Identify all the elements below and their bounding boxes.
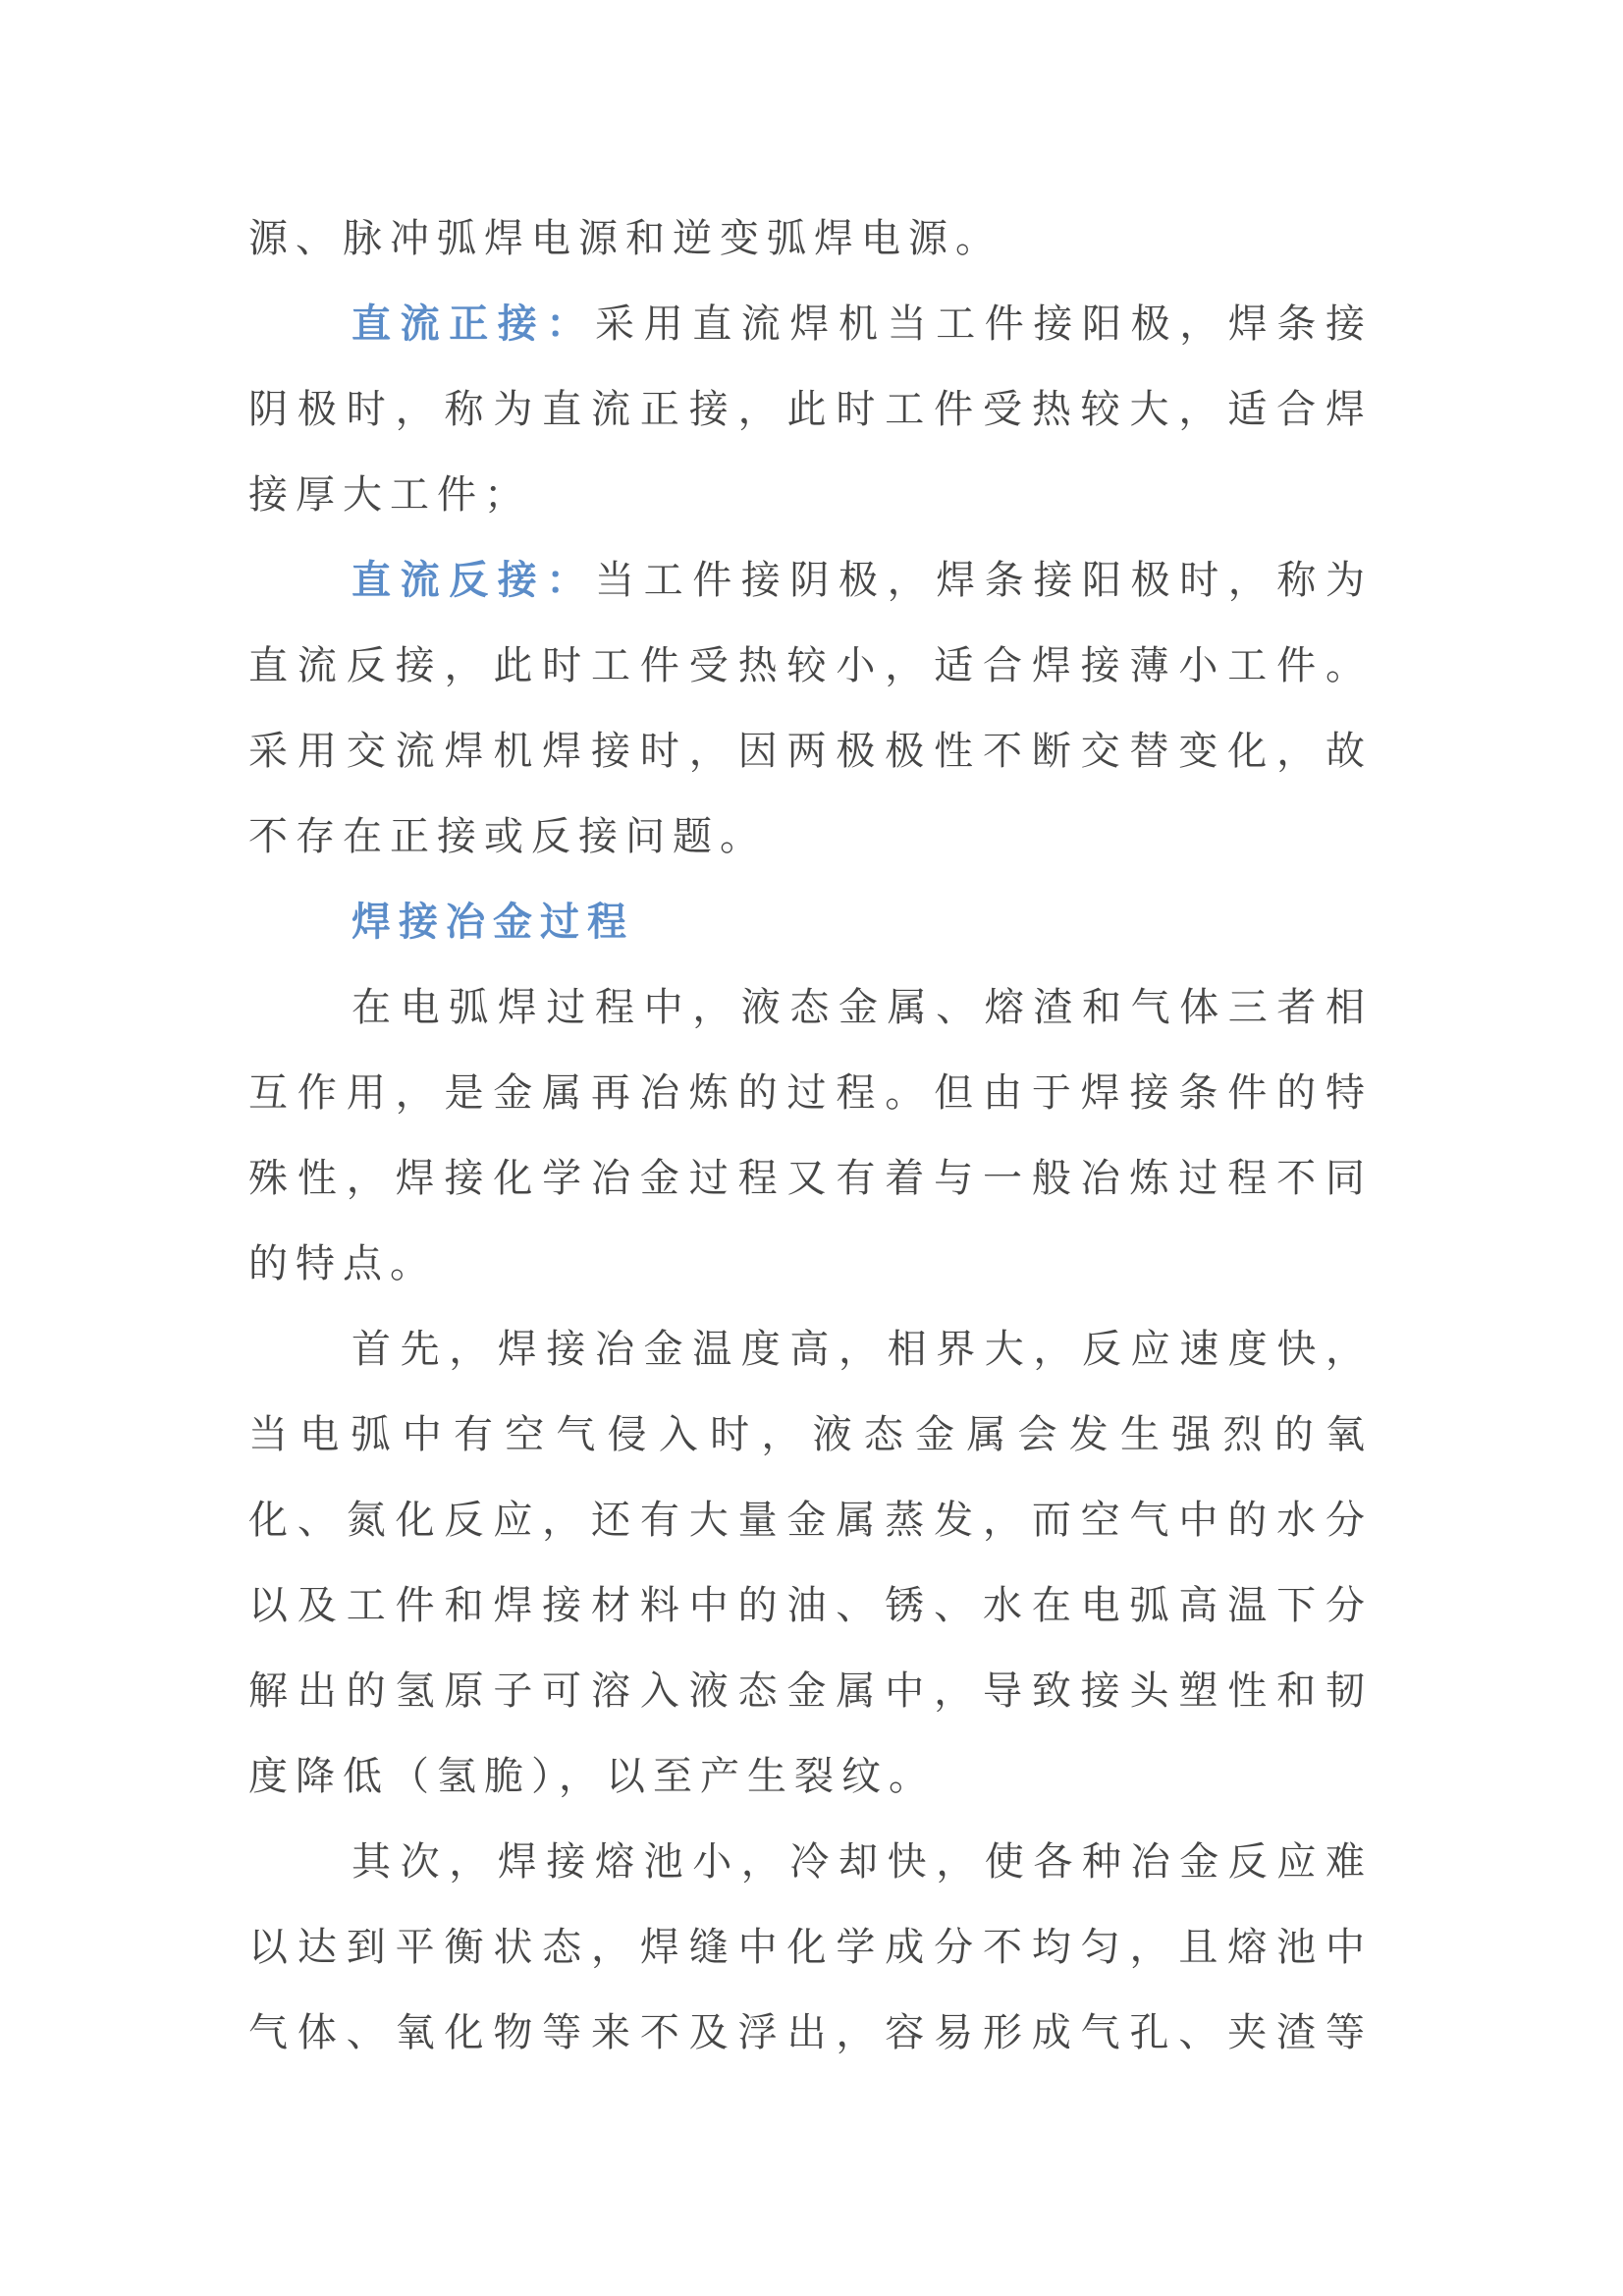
text-run: 直流反接，此时工件受热较小，适合焊接薄小工件。 [248,643,1373,687]
text-run: 采用交流焊机焊接时，因两极极性不断交替变化，故 [248,729,1373,773]
text-line: 殊性，焊接化学冶金过程又有着与一般冶炼过程不同 [248,1135,1373,1221]
text-line: 直流反接，此时工件受热较小，适合焊接薄小工件。 [248,623,1373,708]
section-heading: 焊接冶金过程 [248,879,1373,964]
text-line: 采用交流焊机焊接时，因两极极性不断交替变化，故 [248,708,1373,793]
text-line: 其次，焊接熔池小，冷却快，使各种冶金反应难 [248,1819,1373,1904]
accent-text-run: 直流反接： [352,558,595,602]
text-run: 阴极时，称为直流正接，此时工件受热较大，适合焊 [248,387,1373,431]
text-line: 源、脉冲弧焊电源和逆变弧焊电源。 [248,195,1373,281]
text-run: 其次，焊接熔池小，冷却快，使各种冶金反应难 [352,1839,1373,1884]
text-line: 在电弧焊过程中，液态金属、熔渣和气体三者相 [248,964,1373,1050]
document-page: 源、脉冲弧焊电源和逆变弧焊电源。直流正接：采用直流焊机当工件接阳极，焊条接阴极时… [0,0,1623,2296]
text-run: 以达到平衡状态，焊缝中化学成分不均匀，且熔池中 [248,1925,1373,1969]
text-run: 气体、氧化物等来不及浮出，容易形成气孔、夹渣等 [248,2010,1373,2054]
text-run: 度降低（氢脆），以至产生裂纹。 [248,1754,936,1798]
text-run: 的特点。 [248,1241,437,1285]
accent-text-run: 焊接冶金过程 [352,900,634,944]
text-line: 互作用，是金属再冶炼的过程。但由于焊接条件的特 [248,1050,1373,1135]
text-line: 直流正接：采用直流焊机当工件接阳极，焊条接 [248,281,1373,366]
text-line: 以及工件和焊接材料中的油、锈、水在电弧高温下分 [248,1562,1373,1648]
text-run: 当工件接阴极，焊条接阳极时，称为 [595,558,1373,602]
text-run: 解出的氢原子可溶入液态金属中，导致接头塑性和韧 [248,1668,1373,1713]
text-line: 阴极时，称为直流正接，此时工件受热较大，适合焊 [248,366,1373,452]
document-body: 源、脉冲弧焊电源和逆变弧焊电源。直流正接：采用直流焊机当工件接阳极，焊条接阴极时… [248,195,1373,2075]
accent-text-run: 直流正接： [352,301,595,346]
text-run: 殊性，焊接化学冶金过程又有着与一般冶炼过程不同 [248,1156,1373,1200]
text-run: 在电弧焊过程中，液态金属、熔渣和气体三者相 [352,985,1373,1029]
text-line: 解出的氢原子可溶入液态金属中，导致接头塑性和韧 [248,1648,1373,1733]
text-line: 以达到平衡状态，焊缝中化学成分不均匀，且熔池中 [248,1904,1373,1990]
text-line: 不存在正接或反接问题。 [248,793,1373,879]
text-run: 首先，焊接冶金温度高，相界大，反应速度快， [352,1327,1373,1371]
text-run: 不存在正接或反接问题。 [248,814,767,858]
text-run: 以及工件和焊接材料中的油、锈、水在电弧高温下分 [248,1583,1373,1627]
text-line: 接厚大工件； [248,452,1373,537]
text-run: 化、氮化反应，还有大量金属蒸发，而空气中的水分 [248,1498,1373,1542]
text-line: 直流反接：当工件接阴极，焊条接阳极时，称为 [248,537,1373,623]
text-line: 当电弧中有空气侵入时，液态金属会发生强烈的氧 [248,1392,1373,1477]
text-run: 互作用，是金属再冶炼的过程。但由于焊接条件的特 [248,1070,1373,1115]
text-run: 接厚大工件； [248,472,531,517]
text-line: 化、氮化反应，还有大量金属蒸发，而空气中的水分 [248,1477,1373,1562]
text-run: 源、脉冲弧焊电源和逆变弧焊电源。 [248,216,1002,260]
text-line: 度降低（氢脆），以至产生裂纹。 [248,1733,1373,1819]
text-run: 当电弧中有空气侵入时，液态金属会发生强烈的氧 [248,1412,1373,1456]
text-line: 首先，焊接冶金温度高，相界大，反应速度快， [248,1306,1373,1392]
text-run: 采用直流焊机当工件接阳极，焊条接 [595,301,1373,346]
text-line: 的特点。 [248,1221,1373,1306]
text-line: 气体、氧化物等来不及浮出，容易形成气孔、夹渣等 [248,1990,1373,2075]
